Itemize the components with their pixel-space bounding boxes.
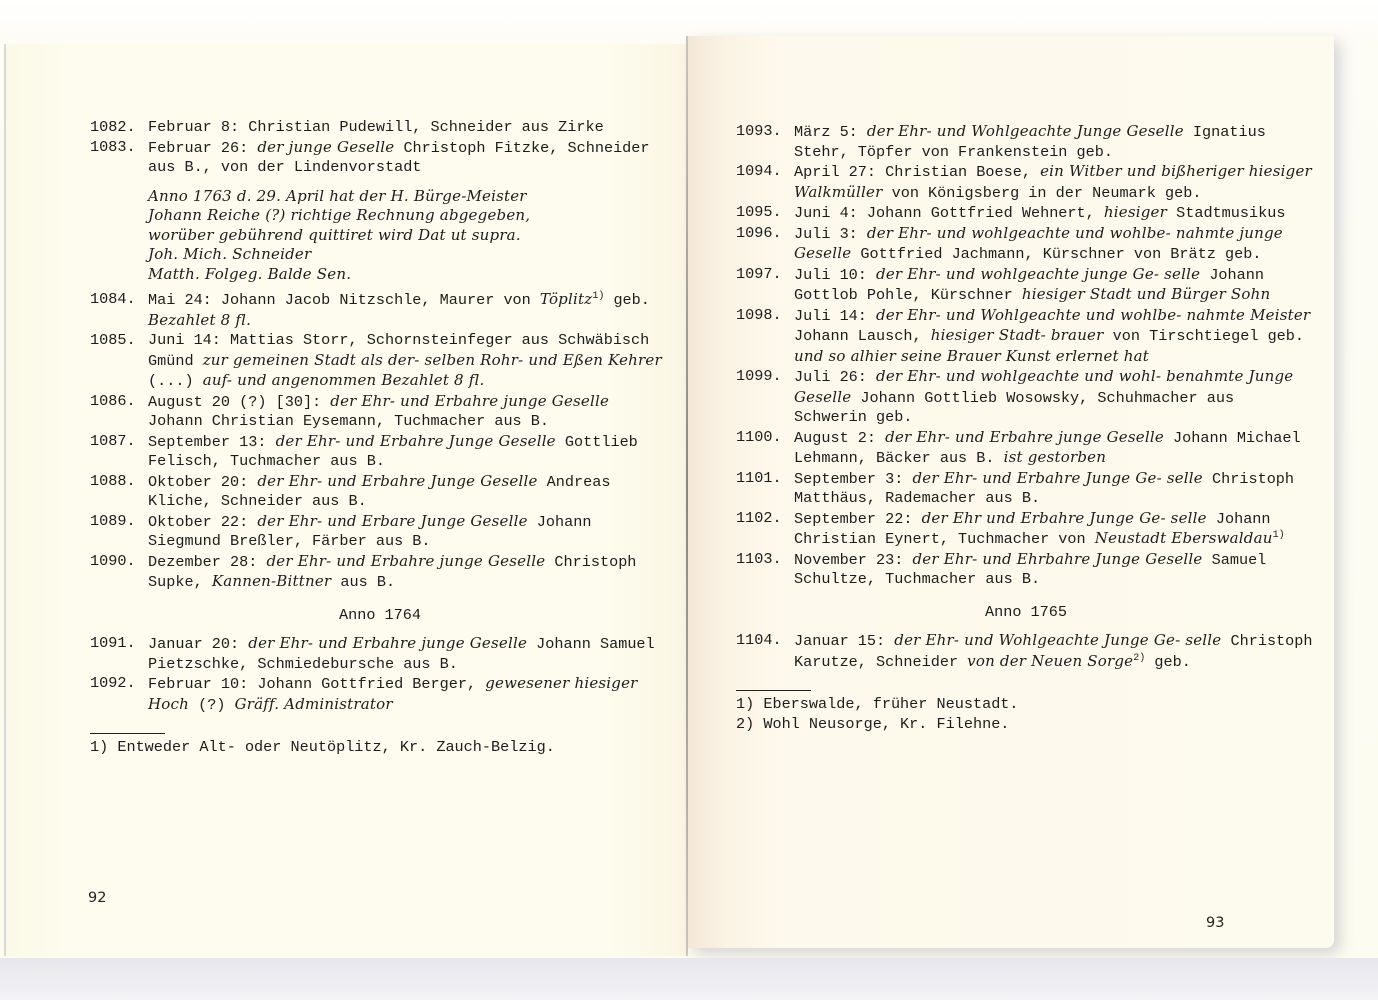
entry-number: 1091. — [90, 634, 136, 654]
typed-text: Juni 4: Johann Gottfried Wehnert, — [794, 204, 1104, 222]
handwritten-text: der Ehr- und Erbahre junge Geselle — [885, 428, 1164, 446]
handwritten-text: auf- und angenommen Bezahlet 8 fl. — [203, 371, 485, 389]
footnote-ref: 1) — [1273, 530, 1285, 541]
typed-text: März 5: — [794, 123, 867, 141]
entry-number: 1086. — [90, 392, 136, 412]
handwritten-text: der Ehr- und Erbahre junge Geselle — [330, 392, 609, 410]
typed-text: Februar 10: Johann Gottfried Berger, — [148, 675, 485, 693]
register-entry: 1101.September 3: der Ehr- und Erbahre J… — [736, 469, 1316, 509]
typed-text: Januar 15: — [794, 632, 894, 650]
entries: 1093.März 5: der Ehr- und Wohlgeachte Ju… — [736, 122, 1316, 590]
register-entry: 1091.Januar 20: der Ehr- und Erbahre jun… — [90, 634, 670, 674]
typed-text: Johann Gottlieb Wosowsky, Schuhmacher au… — [794, 389, 1234, 427]
register-entry: 1088.Oktober 20: der Ehr- und Erbahre Ju… — [90, 472, 670, 512]
entry-number: 1094. — [736, 162, 782, 182]
typed-text: Oktober 22: — [148, 513, 257, 531]
handwritten-text: der Ehr- und Erbahre Junge Geselle — [257, 472, 537, 490]
footnote-rule — [90, 733, 165, 734]
handwritten-text: ist gestorben — [1004, 448, 1106, 466]
entry-number: 1102. — [736, 509, 782, 529]
register-entry: 1087.September 13: der Ehr- und Erbahre … — [90, 432, 670, 472]
entry-number: 1088. — [90, 472, 136, 492]
handwritten-text: der Ehr- und Wohlgeachte und wohlbe- nah… — [876, 306, 1310, 324]
typed-text: Oktober 20: — [148, 473, 257, 491]
right-page-text: 1093.März 5: der Ehr- und Wohlgeachte Ju… — [736, 122, 1316, 734]
handwritten-text: der Ehr- und Ehrbahre Junge Geselle — [912, 550, 1202, 568]
note-line: Joh. Mich. Schneider — [148, 245, 670, 265]
register-entry: 1097.Juli 10: der Ehr- und wohlgeachte j… — [736, 265, 1316, 306]
register-entry: 1104.Januar 15: der Ehr- und Wohlgeachte… — [736, 631, 1316, 672]
typed-text: September 3: — [794, 470, 912, 488]
register-entry: 1093.März 5: der Ehr- und Wohlgeachte Ju… — [736, 122, 1316, 162]
typed-text: Juli 3: — [794, 225, 867, 243]
typed-text: (?) — [189, 696, 235, 714]
handwritten-text: der Ehr- und Wohlgeachte Junge Ge- selle — [894, 631, 1221, 649]
page-number: 93 — [1206, 915, 1224, 931]
typed-text: von Königsberg in der Neumark geb. — [882, 184, 1201, 202]
typed-text: aus B. — [331, 573, 395, 591]
register-entry: 1094.April 27: Christian Boese, ein Witb… — [736, 162, 1316, 203]
entry-number: 1099. — [736, 367, 782, 387]
register-entry: 1092.Februar 10: Johann Gottfried Berger… — [90, 674, 670, 715]
handwritten-text: Töplitz — [540, 290, 592, 308]
register-entry: 1098.Juli 14: der Ehr- und Wohlgeachte u… — [736, 306, 1316, 368]
entry-number: 1082. — [90, 118, 136, 138]
register-entry: 1082.Februar 8: Christian Pudewill, Schn… — [90, 118, 670, 138]
typed-text: Februar 8: Christian Pudewill, Schneider… — [148, 118, 604, 136]
note-line: Matth. Folgeg. Balde Sen. — [148, 265, 670, 285]
left-page-text: 1082.Februar 8: Christian Pudewill, Schn… — [90, 118, 670, 758]
typed-text: August 20 (?) [30]: — [148, 393, 330, 411]
register-entry: 1100.August 2: der Ehr- und Erbahre jung… — [736, 428, 1316, 469]
register-entry: 1102.September 22: der Ehr und Erbahre J… — [736, 509, 1316, 550]
entry-number: 1090. — [90, 552, 136, 572]
entry-number: 1103. — [736, 550, 782, 570]
handwritten-text: Bezahlet 8 fl. — [148, 311, 251, 329]
note-line: worüber gebührend quittiret wird Dat ut … — [148, 226, 670, 246]
footnote-ref: 1) — [592, 291, 604, 302]
entry-number: 1093. — [736, 122, 782, 142]
typed-text: Dezember 28: — [148, 553, 266, 571]
typed-text: Juli 26: — [794, 368, 876, 386]
typed-text: von Tirschtiegel geb. — [1104, 327, 1305, 345]
note-line: Johann Reiche (?) richtige Rechnung abge… — [148, 206, 670, 226]
typed-text: April 27: Christian Boese, — [794, 163, 1040, 181]
handwritten-text: der Ehr- und Erbahre junge Geselle — [266, 552, 545, 570]
register-entry: 1086.August 20 (?) [30]: der Ehr- und Er… — [90, 392, 670, 432]
register-entry: 1103.November 23: der Ehr- und Ehrbahre … — [736, 550, 1316, 590]
handwritten-text: und so alhier seine Brauer Kunst erlerne… — [794, 347, 1149, 365]
handwritten-text: Gräff. Administrator — [235, 695, 393, 713]
typed-text: Februar 26: — [148, 139, 257, 157]
handwritten-text: der junge Geselle — [257, 138, 394, 156]
entries: 1104.Januar 15: der Ehr- und Wohlgeachte… — [736, 631, 1316, 672]
entry-number: 1089. — [90, 512, 136, 532]
handwritten-text: der Ehr- und Erbahre Junge Ge- selle — [912, 469, 1202, 487]
handwritten-text: zur gemeinen Stadt als der- selben Rohr-… — [203, 351, 662, 369]
handwritten-text: Kannen-Bittner — [212, 572, 331, 590]
entry-number: 1100. — [736, 428, 782, 448]
typed-text: geb. — [604, 291, 650, 309]
typed-text: August 2: — [794, 429, 885, 447]
handwritten-text: von der Neuen Sorge — [967, 652, 1133, 670]
typed-text: November 23: — [794, 551, 912, 569]
scanner-shadow — [0, 958, 1378, 1000]
handwritten-text: hiesiger Stadt- brauer — [931, 326, 1104, 344]
note-line: Anno 1763 d. 29. April hat der H. Bürge-… — [148, 187, 670, 207]
register-entry: 1085.Juni 14: Mattias Storr, Schornstein… — [90, 331, 670, 392]
entry-number: 1098. — [736, 306, 782, 326]
footnote: 2) Wohl Neusorge, Kr. Filehne. — [736, 715, 1316, 735]
handwritten-text: hiesiger Stadt und Bürger Sohn — [1022, 285, 1270, 303]
entries: 1082.Februar 8: Christian Pudewill, Schn… — [90, 118, 670, 178]
handwritten-text: Neustadt Eberswaldau — [1095, 529, 1273, 547]
entry-number: 1104. — [736, 631, 782, 651]
handwritten-text: der Ehr- und wohlgeachte junge Ge- selle — [876, 265, 1200, 283]
entry-number: 1087. — [90, 432, 136, 452]
handwritten-text: der Ehr- und Wohlgeachte Junge Geselle — [867, 122, 1184, 140]
entry-number: 1101. — [736, 469, 782, 489]
typed-text: September 13: — [148, 433, 276, 451]
footnote: 1) Entweder Alt- oder Neutöplitz, Kr. Za… — [90, 738, 670, 758]
entries: 1084.Mai 24: Johann Jacob Nitzschle, Mau… — [90, 290, 670, 593]
typed-text: geb. — [1145, 653, 1191, 671]
register-entry: 1090.Dezember 28: der Ehr- und Erbahre j… — [90, 552, 670, 593]
register-entry: 1084.Mai 24: Johann Jacob Nitzschle, Mau… — [90, 290, 670, 331]
typed-text: Mai 24: Johann Jacob Nitzschle, Maurer v… — [148, 291, 540, 309]
handwritten-text: der Ehr und Erbahre Junge Ge- selle — [922, 509, 1207, 527]
footnote-ref: 2) — [1133, 653, 1145, 664]
handwritten-text: der Ehr- und Erbahre junge Geselle — [248, 634, 527, 652]
entries: 1091.Januar 20: der Ehr- und Erbahre jun… — [90, 634, 670, 715]
register-entry: 1089.Oktober 22: der Ehr- und Erbare Jun… — [90, 512, 670, 552]
footnote: 1) Eberswalde, früher Neustadt. — [736, 695, 1316, 715]
handwritten-text: der Ehr- und Erbahre Junge Geselle — [276, 432, 556, 450]
register-entry: 1099.Juli 26: der Ehr- und wohlgeachte u… — [736, 367, 1316, 428]
page-number: 92 — [88, 890, 106, 906]
year-heading: Anno 1765 — [736, 603, 1316, 623]
accounting-note: Anno 1763 d. 29. April hat der H. Bürge-… — [90, 187, 670, 285]
typed-text: Johann Christian Eysemann, Tuchmacher au… — [148, 412, 549, 430]
handwritten-text: der Ehr- und Erbare Junge Geselle — [257, 512, 527, 530]
handwritten-text: hiesiger — [1104, 203, 1167, 221]
entry-number: 1083. — [90, 138, 136, 158]
entry-number: 1084. — [90, 290, 136, 310]
entry-number: 1092. — [90, 674, 136, 694]
left-page: 1082.Februar 8: Christian Pudewill, Schn… — [4, 44, 686, 956]
entry-number: 1085. — [90, 331, 136, 351]
typed-text: Juli 10: — [794, 266, 876, 284]
entry-number: 1095. — [736, 203, 782, 223]
register-entry: 1095.Juni 4: Johann Gottfried Wehnert, h… — [736, 203, 1316, 224]
typed-text: (...) — [148, 372, 203, 390]
entry-number: 1096. — [736, 224, 782, 244]
register-entry: 1096.Juli 3: der Ehr- und wohlgeachte un… — [736, 224, 1316, 265]
entry-number: 1097. — [736, 265, 782, 285]
typed-text: Juli 14: — [794, 307, 876, 325]
right-page: 1093.März 5: der Ehr- und Wohlgeachte Ju… — [688, 36, 1334, 948]
typed-text: Stadtmusikus — [1167, 204, 1285, 222]
typed-text: Johann Lausch, — [794, 327, 931, 345]
typed-text: Januar 20: — [148, 635, 248, 653]
register-entry: 1083.Februar 26: der junge Geselle Chris… — [90, 138, 670, 178]
footnote-rule — [736, 690, 811, 691]
typed-text: Gottfried Jachmann, Kürschner von Brätz … — [851, 245, 1261, 263]
year-heading: Anno 1764 — [90, 606, 670, 626]
typed-text: September 22: — [794, 510, 922, 528]
